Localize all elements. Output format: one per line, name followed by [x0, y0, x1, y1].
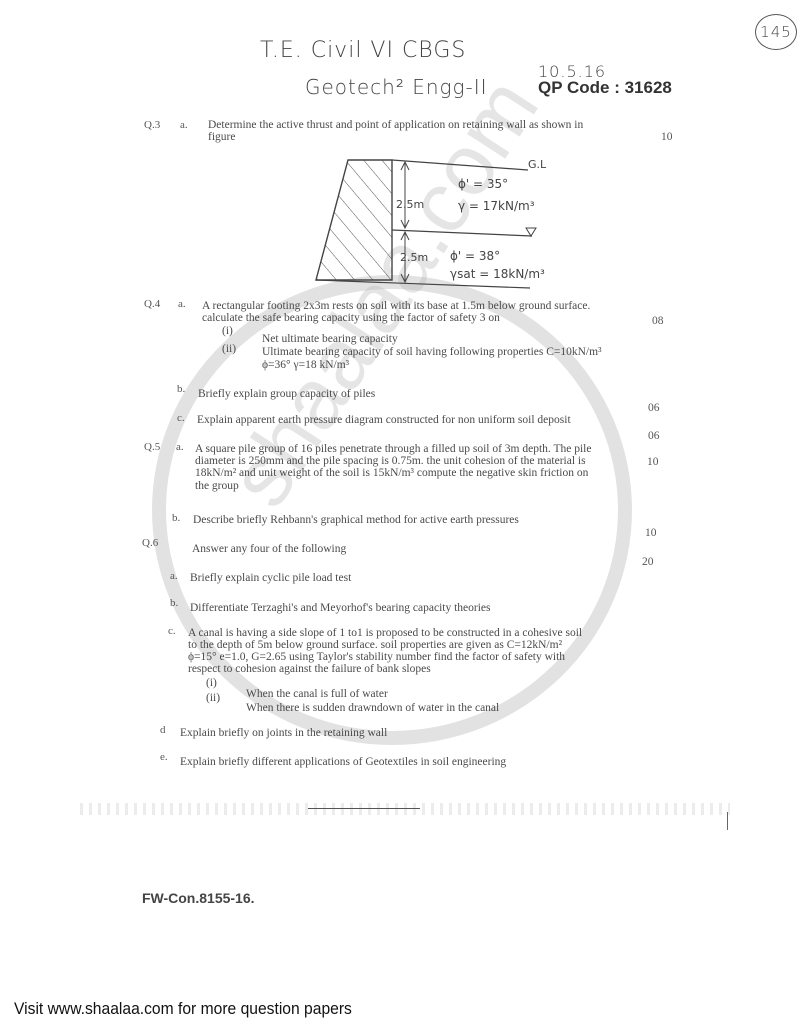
- question-text: Determine the active thrust and point of…: [208, 119, 583, 131]
- question-text: figure: [208, 131, 235, 143]
- layer1-height: 2.5m: [396, 198, 424, 211]
- part-label: b.: [170, 597, 178, 609]
- layer2-phi: ϕ' = 38°: [450, 249, 500, 263]
- layer1-gamma: γ = 17kN/m³: [458, 199, 535, 213]
- question-text: Explain apparent earth pressure diagram …: [197, 414, 571, 426]
- question-text: the group: [195, 480, 239, 492]
- part-label: a.: [178, 298, 186, 310]
- part-label: d: [160, 724, 166, 736]
- handwritten-course-title: T.E. Civil VI CBGS: [260, 38, 466, 63]
- part-label: b.: [172, 512, 180, 524]
- part-label: b.: [177, 383, 185, 395]
- question-text: 18kN/m² and unit weight of the soil is 1…: [195, 467, 588, 479]
- question-number: Q.6: [142, 537, 158, 549]
- part-label: c.: [177, 412, 185, 424]
- question-text: A square pile group of 16 piles penetrat…: [195, 443, 591, 455]
- part-label: e.: [160, 751, 168, 763]
- handwritten-subject: Geotech² Engg-II: [305, 75, 488, 99]
- subitem-label: (i): [206, 677, 217, 689]
- marks: 06: [648, 402, 660, 414]
- subitem-text: Ultimate bearing capacity of soil having…: [262, 346, 602, 358]
- question-text: Describe briefly Rehbann's graphical met…: [193, 514, 519, 526]
- part-label: a.: [180, 119, 188, 131]
- end-divider: [308, 808, 420, 809]
- question-number: Q.4: [144, 298, 160, 310]
- question-text: Briefly explain cyclic pile load test: [190, 572, 351, 584]
- layer1-phi: ϕ' = 35°: [458, 177, 508, 191]
- question-intro: Answer any four of the following: [192, 543, 346, 555]
- question-text: respect to cohesion against the failure …: [188, 663, 431, 675]
- ground-level-label: G.L: [528, 158, 547, 171]
- subitem-label: (i): [222, 325, 233, 337]
- subitem-label: (ii): [206, 692, 220, 704]
- question-text: Explain briefly on joints in the retaini…: [180, 727, 387, 739]
- scan-mark: [727, 812, 728, 830]
- footer-code: FW-Con.8155-16.: [142, 890, 255, 906]
- part-label: a.: [176, 441, 184, 453]
- marks: 10: [645, 527, 657, 539]
- subitem-text: Net ultimate bearing capacity: [262, 333, 398, 345]
- visit-website-text: Visit www.shaalaa.com for more question …: [14, 999, 352, 1019]
- question-text: Briefly explain group capacity of piles: [198, 388, 375, 400]
- scan-noise: [80, 803, 730, 815]
- layer2-height: 2.5m: [400, 251, 428, 264]
- question-text: A canal is having a side slope of 1 to1 …: [188, 627, 582, 639]
- part-label: c.: [168, 625, 176, 637]
- marks: 06: [648, 430, 660, 442]
- question-text: Differentiate Terzaghi's and Meyorhof's …: [190, 602, 491, 614]
- question-text: diameter is 250mm and the pile spacing i…: [195, 455, 586, 467]
- question-text: A rectangular footing 2x3m rests on soil…: [202, 300, 590, 312]
- marks: 08: [652, 315, 664, 327]
- subitem-label: (ii): [222, 343, 236, 355]
- marks: 10: [661, 131, 673, 143]
- part-label: a.: [170, 570, 178, 582]
- question-text: Explain briefly different applications o…: [180, 756, 506, 768]
- question-text: ϕ=15° e=1.0, G=2.65 using Taylor's stabi…: [188, 651, 565, 663]
- question-text: calculate the safe bearing capacity usin…: [202, 312, 500, 324]
- properties-line: ϕ=36° γ=18 kN/m³: [262, 359, 349, 371]
- question-number: Q.3: [144, 119, 160, 131]
- marks: 20: [642, 556, 654, 568]
- marks: 10: [647, 456, 659, 468]
- page-number: 145: [755, 14, 797, 50]
- retaining-wall-figure: 2.5m 2.5m ϕ' = 35° γ = 17kN/m³ ϕ' = 38° …: [300, 150, 660, 295]
- qp-code: QP Code : 31628: [538, 78, 672, 98]
- subitem-text: When there is sudden drawndown of water …: [246, 702, 499, 714]
- layer2-gamma: γsat = 18kN/m³: [450, 267, 545, 281]
- subitem-text: When the canal is full of water: [246, 688, 388, 700]
- question-number: Q.5: [144, 441, 160, 453]
- question-text: to the depth of 5m below ground surface.…: [188, 639, 562, 651]
